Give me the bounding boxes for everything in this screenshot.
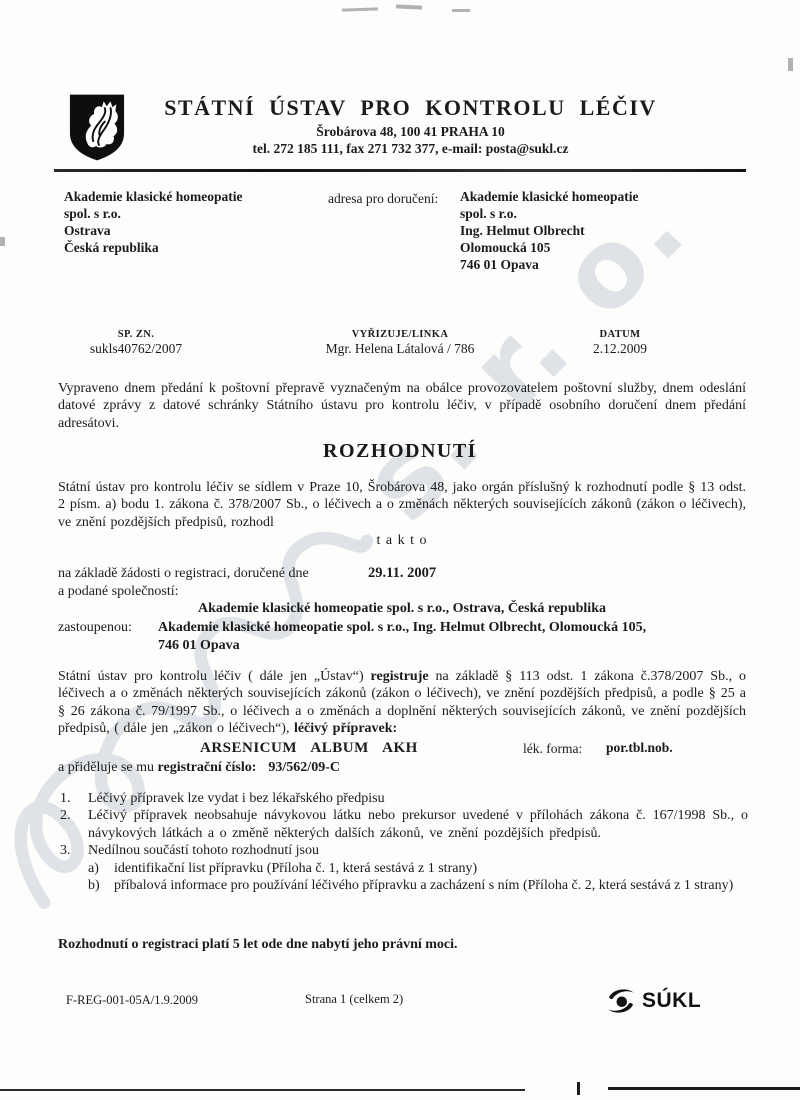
submitted-by-line: a podané společností: xyxy=(58,584,179,600)
registration-number-label: registrační číslo: xyxy=(158,760,257,775)
condition-item: 2. Léčivý přípravek neobsahuje návykovou… xyxy=(60,807,748,842)
subitem-letter: b) xyxy=(88,877,114,894)
applicant-line: Česká republika xyxy=(64,239,243,256)
registration-number-line: a přiděluje se mu registrační číslo:93/5… xyxy=(58,760,340,776)
scan-artifact xyxy=(396,4,422,9)
pharmaceutical-form-label: lék. forma: xyxy=(523,741,582,757)
sukl-swirl-icon xyxy=(606,986,636,1016)
scanned-document-page: s. r. o. STÁTNÍ ÚSTAV PRO KONTROLU LÉČIV… xyxy=(0,0,800,1100)
handler-label: VYŘIZUJE/LINKA xyxy=(290,329,510,340)
applicant-line: Ostrava xyxy=(64,222,243,239)
sukl-footer-logo: SÚKL xyxy=(606,986,701,1016)
representative-line: Akademie klasické homeopatie spol. s r.o… xyxy=(158,619,758,637)
application-date: 29.11. 2007 xyxy=(368,565,436,582)
scan-artifact xyxy=(452,9,470,12)
delivery-line: 746 01 Opava xyxy=(460,256,639,273)
condition-subitem: a) identifikační list přípravku (Příloha… xyxy=(88,860,748,877)
represented-by-label: zastoupenou: xyxy=(58,620,132,636)
registruje-emphasis: registruje xyxy=(371,669,429,684)
condition-text: Nedílnou součástí tohoto rozhodnutí jsou xyxy=(88,842,748,859)
registration-number-prefix: a přiděluje se mu xyxy=(58,760,158,775)
takto-line: t a k t o xyxy=(58,533,746,549)
registration-text: Státní ústav pro kontrolu léčiv ( dále j… xyxy=(58,669,371,684)
header-divider xyxy=(54,169,746,172)
file-number-column: SP. ZN. sukls40762/2007 xyxy=(56,329,216,357)
scan-edge-line xyxy=(0,1089,525,1091)
page-number: Strana 1 (celkem 2) xyxy=(305,992,403,1007)
decision-heading: ROZHODNUTÍ xyxy=(0,440,800,463)
applicant-company: Akademie klasické homeopatie spol. s r.o… xyxy=(58,601,746,617)
subitem-text: identifikační list přípravku (Příloha č.… xyxy=(114,860,748,877)
condition-text: Léčivý přípravek lze vydat i bez lékařsk… xyxy=(88,790,748,807)
form-code: F-REG-001-05A/1.9.2009 xyxy=(66,993,198,1008)
applicant-line: spol. s r.o. xyxy=(64,205,243,222)
file-number-label: SP. ZN. xyxy=(56,329,216,340)
file-number-value: sukls40762/2007 xyxy=(56,341,216,357)
condition-text: Léčivý přípravek neobsahuje návykovou lá… xyxy=(88,807,748,842)
scan-edge-tick xyxy=(577,1082,580,1095)
delivery-address-block: Akademie klasické homeopatie spol. s r.o… xyxy=(460,188,639,273)
registration-number-value: 93/562/09-C xyxy=(268,760,340,775)
institute-name: STÁTNÍ ÚSTAV PRO KONTROLU LÉČIV xyxy=(138,95,683,121)
pharmaceutical-form-value: por.tbl.nob. xyxy=(606,740,673,756)
applicant-line: Akademie klasické homeopatie xyxy=(64,188,243,205)
product-name: ARSENICUM ALBUM AKH xyxy=(200,740,418,757)
scan-artifact xyxy=(0,237,5,246)
scan-edge-line xyxy=(608,1087,800,1090)
product-label-emphasis: léčivý přípravek: xyxy=(294,721,397,736)
delivery-line: Olomoucká 105 xyxy=(460,239,639,256)
condition-subitem: b) příbalová informace pro používání léč… xyxy=(88,877,748,894)
applicant-address-block: Akademie klasické homeopatie spol. s r.o… xyxy=(64,188,243,256)
sukl-logo-text: SÚKL xyxy=(642,989,701,1013)
delivery-line: Ing. Helmut Olbrecht xyxy=(460,222,639,239)
dispatch-note: Vypraveno dnem předání k poštovní přepra… xyxy=(58,380,746,432)
date-label: DATUM xyxy=(555,329,685,340)
date-value: 2.12.2009 xyxy=(555,341,685,357)
subitem-letter: a) xyxy=(88,860,114,877)
scan-artifact xyxy=(342,7,378,11)
authority-paragraph: Státní ústav pro kontrolu léčiv se sídle… xyxy=(58,479,746,531)
institute-address: Šrobárova 48, 100 41 PRAHA 10 xyxy=(138,124,683,140)
condition-item: 1. Léčivý přípravek lze vydat i bez léka… xyxy=(60,790,748,807)
conditions-list: 1. Léčivý přípravek lze vydat i bez léka… xyxy=(60,790,748,894)
delivery-address-label: adresa pro doručení: xyxy=(328,191,438,207)
application-basis-line: na základě žádosti o registraci, doručen… xyxy=(58,566,309,582)
condition-number: 2. xyxy=(60,807,88,842)
delivery-line: Akademie klasické homeopatie xyxy=(460,188,639,205)
date-column: DATUM 2.12.2009 xyxy=(555,329,685,357)
validity-statement: Rozhodnutí o registraci platí 5 let ode … xyxy=(58,937,458,953)
institute-contact: tel. 272 185 111, fax 271 732 377, e-mai… xyxy=(138,141,683,157)
delivery-line: spol. s r.o. xyxy=(460,205,639,222)
czech-coat-of-arms-logo xyxy=(68,92,126,163)
representative-line: 746 01 Opava xyxy=(158,637,758,655)
condition-number: 1. xyxy=(60,790,88,807)
subitem-text: příbalová informace pro používání léčivé… xyxy=(114,877,748,894)
representative-block: Akademie klasické homeopatie spol. s r.o… xyxy=(158,619,758,654)
handler-value: Mgr. Helena Látalová / 786 xyxy=(290,341,510,357)
registration-paragraph: Státní ústav pro kontrolu léčiv ( dále j… xyxy=(58,668,746,737)
scan-artifact xyxy=(788,58,793,71)
handler-column: VYŘIZUJE/LINKA Mgr. Helena Látalová / 78… xyxy=(290,329,510,357)
condition-item: 3. Nedílnou součástí tohoto rozhodnutí j… xyxy=(60,842,748,859)
condition-number: 3. xyxy=(60,842,88,859)
